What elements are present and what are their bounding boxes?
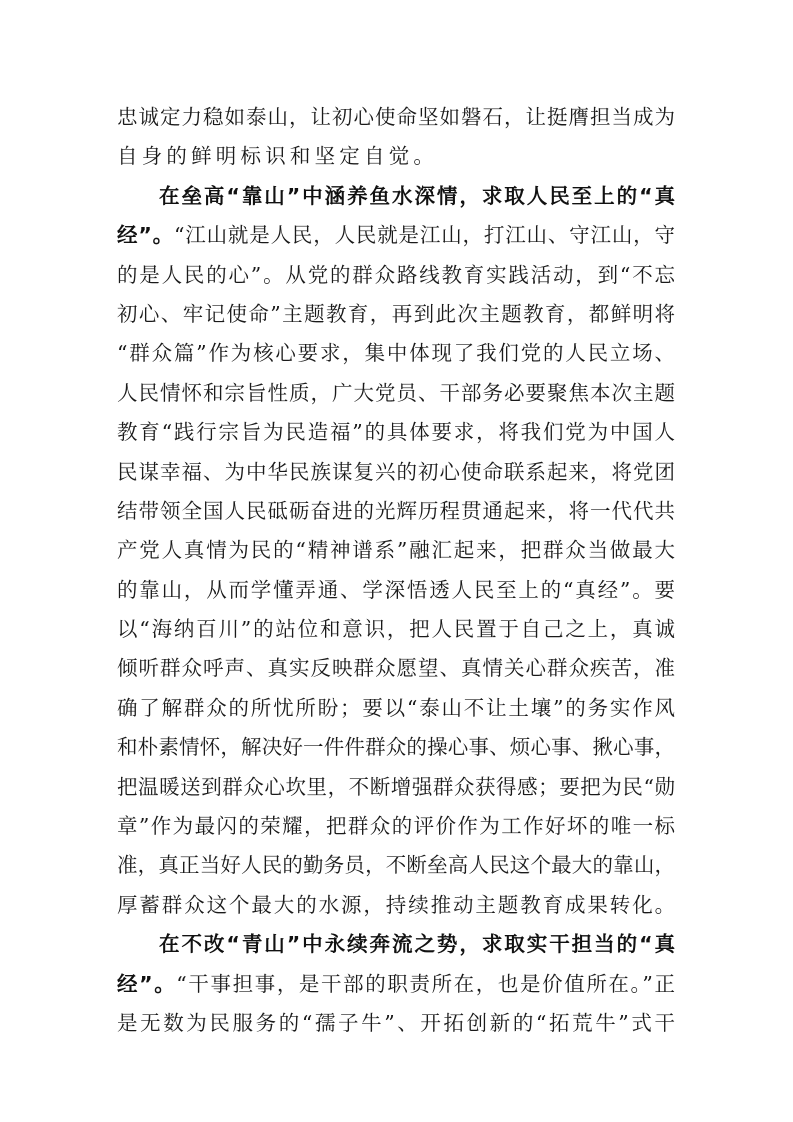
section-heading-tail: 经”。 bbox=[117, 223, 174, 247]
text-line: 倾听群众呼声、真实反映群众愿望、真情关心群众疾苦，准 bbox=[117, 654, 675, 693]
text-line: 经”。“江山就是人民，人民就是江山，打江山、守江山，守 bbox=[117, 221, 675, 260]
text-line: 人民情怀和宗旨性质，广大党员、干部务必要聚焦本次主题 bbox=[117, 379, 675, 418]
text-line: 初心、牢记使命”主题教育，再到此次主题教育，都鲜明将 bbox=[117, 300, 675, 339]
text-line: 经”。“干事担事，是干部的职责所在，也是价值所在。”正 bbox=[117, 970, 675, 1009]
text-line: 结带领全国人民砥砺奋进的光辉历程贯通起来，将一代代共 bbox=[117, 497, 675, 536]
document-page: 忠诚定力稳如泰山，让初心使命坚如磐石，让挺膺担当成为 自身的鲜明标识和坚定自觉。… bbox=[0, 0, 793, 1122]
section-heading: 在不改“青山”中永续奔流之势，求取实干担当的“真 bbox=[117, 930, 675, 969]
section-heading: 在垒高“靠山”中涵养鱼水深情，求取人民至上的“真 bbox=[117, 182, 675, 221]
text-line: 和朴素情怀，解决好一件件群众的操心事、烦心事、揪心事， bbox=[117, 733, 675, 772]
text-line: 教育“践行宗旨为民造福”的具体要求，将我们党为中国人 bbox=[117, 418, 675, 457]
text-run: “江山就是人民，人民就是江山，打江山、守江山，守 bbox=[174, 223, 675, 247]
text-line: 产党人真情为民的“精神谱系”融汇起来，把群众当做最大 bbox=[117, 536, 675, 575]
text-line: 自身的鲜明标识和坚定自觉。 bbox=[117, 142, 675, 181]
text-line: 厚蓄群众这个最大的水源，持续推动主题教育成果转化。 bbox=[117, 891, 675, 930]
text-line: “群众篇”作为核心要求，集中体现了我们党的人民立场、 bbox=[117, 339, 675, 378]
section-heading-tail: 经”。 bbox=[117, 972, 176, 996]
text-line: 把温暖送到群众心坎里，不断增强群众获得感；要把为民“勋 bbox=[117, 773, 675, 812]
text-line: 的靠山，从而学懂弄通、学深悟透人民至上的“真经”。要 bbox=[117, 576, 675, 615]
text-line: 忠诚定力稳如泰山，让初心使命坚如磐石，让挺膺担当成为 bbox=[117, 103, 675, 142]
text-line: 的是人民的心”。从党的群众路线教育实践活动，到“不忘 bbox=[117, 261, 675, 300]
document-body: 忠诚定力稳如泰山，让初心使命坚如磐石，让挺膺担当成为 自身的鲜明标识和坚定自觉。… bbox=[117, 103, 675, 1048]
text-line: 是无数为民服务的“孺子牛”、开拓创新的“拓荒牛”式干 bbox=[117, 1009, 675, 1048]
text-line: 以“海纳百川”的站位和意识，把人民置于自己之上，真诚 bbox=[117, 615, 675, 654]
text-run: “干事担事，是干部的职责所在，也是价值所在。”正 bbox=[176, 972, 675, 996]
text-line: 民谋幸福、为中华民族谋复兴的初心使命联系起来，将党团 bbox=[117, 458, 675, 497]
text-line: 准，真正当好人民的勤务员，不断垒高人民这个最大的靠山， bbox=[117, 851, 675, 890]
text-line: 确了解群众的所忧所盼；要以“泰山不让土壤”的务实作风 bbox=[117, 694, 675, 733]
text-line: 章”作为最闪的荣耀，把群众的评价作为工作好坏的唯一标 bbox=[117, 812, 675, 851]
